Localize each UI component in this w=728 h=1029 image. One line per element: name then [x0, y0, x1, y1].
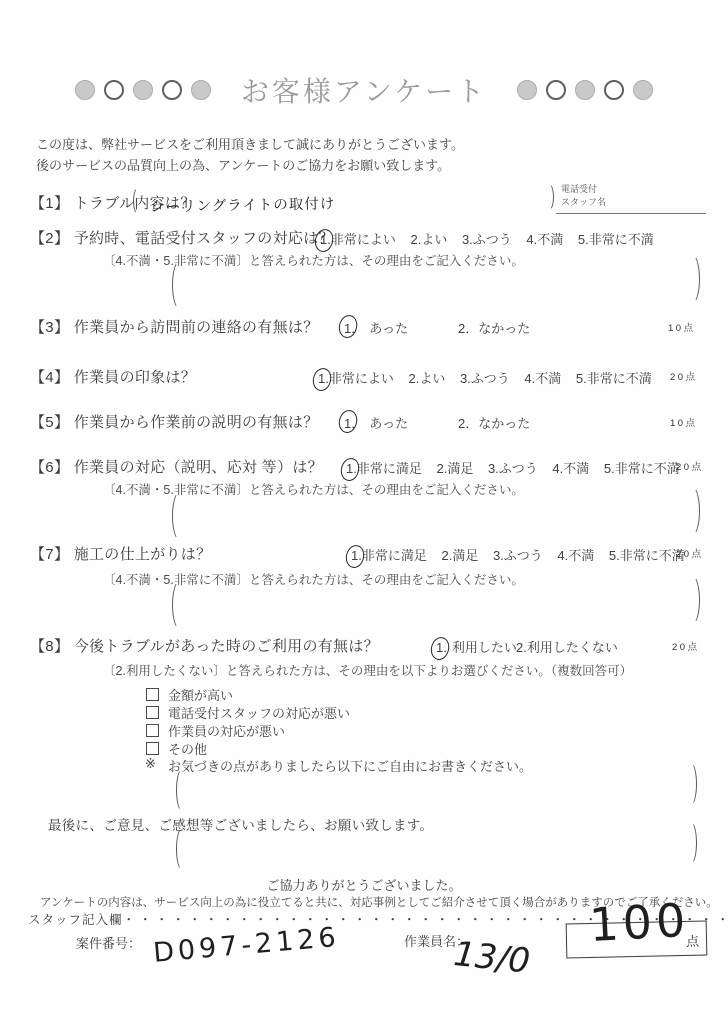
outline-dot-icon	[162, 80, 182, 100]
q3-points: 10点	[668, 320, 696, 334]
q4-option-2: 2.よい	[408, 371, 445, 386]
q6-option-3: 3.ふつう	[488, 461, 538, 476]
q8-option-1-num: 1.	[436, 640, 447, 655]
checkbox-icon	[146, 742, 159, 755]
q3-selected-circle-mark: 1．	[344, 318, 364, 337]
q2-options: 1.非常によい 2.よい 3.ふつう 4.不満 5.非常に不満	[320, 229, 654, 248]
case-number-label: 案件番号：	[76, 933, 141, 952]
page-title: お客様アンケート	[241, 70, 487, 110]
q5-selected-circle-mark: 1．	[344, 413, 364, 432]
q6-selected-circle-mark: 1.	[346, 461, 357, 476]
decorative-dots-left	[75, 80, 211, 100]
q8-free-response-open-bracket	[176, 768, 189, 812]
q8-label: 【8】 今後トラブルがあった時のご利用の有無は？	[30, 635, 379, 656]
q6-label: 【6】 作業員の対応（説明、応対 等）は？	[30, 456, 323, 477]
q5-points: 10点	[670, 415, 698, 429]
q4-option-5: 5.非常に不満	[576, 371, 652, 386]
q7-option-4: 4.不満	[557, 548, 594, 563]
q3-option-2: 2．なかった	[458, 318, 530, 337]
staff-name-write-line	[556, 213, 706, 214]
case-number-handwritten: D097-2126	[152, 922, 341, 969]
q3-option-1-label: あった	[369, 321, 408, 336]
q2-option-1-label: 非常によい	[331, 232, 396, 247]
intro-line-1: この度は、弊社サービスをご利用頂きまして誠にありがとうございます。	[36, 134, 464, 155]
filled-dot-icon	[133, 80, 153, 100]
q5-options: 1．あった	[344, 413, 408, 432]
q6-free-response-close-bracket	[684, 486, 700, 536]
q6-points: 20点	[676, 459, 704, 473]
q6-subnote: 〔4.不満・5.非常に不満〕と答えられた方は、その理由をご記入ください。	[103, 480, 524, 498]
q8-option-2: 2.利用したくない	[516, 637, 618, 656]
q8-options: 1.利用したい	[436, 637, 517, 656]
q4-option-4: 4.不満	[524, 371, 561, 386]
q5-option-2: 2．なかった	[458, 413, 530, 432]
thanks-text: ご協力ありがとうございました。	[0, 875, 728, 894]
q5-label: 【5】 作業員から作業前の説明の有無は？	[30, 411, 319, 432]
q3-options: 1．あった	[344, 318, 408, 337]
q7-subnote: 〔4.不満・5.非常に不満〕と答えられた方は、その理由をご記入ください。	[103, 570, 524, 588]
q2-option-5: 5.非常に不満	[578, 232, 654, 247]
staff-entry-label: スタッフ記入欄	[28, 913, 123, 927]
decorative-dots-right	[517, 80, 653, 100]
q4-label: 【4】 作業員の印象は？	[30, 366, 196, 387]
q2-free-response-open-bracket	[172, 260, 188, 310]
q6-option-2: 2.満足	[436, 461, 473, 476]
q8-subnote: 〔2.利用したくない〕と答えられた方は、その理由を以下よりお選びください。（複数…	[103, 661, 632, 679]
q2-option-4: 4.不満	[526, 232, 563, 247]
q6-options: 1.非常に満足 2.満足 3.ふつう 4.不満 5.非常に不満	[346, 458, 680, 477]
q4-option-1-label: 非常によい	[329, 371, 394, 386]
q4-options: 1.非常によい 2.よい 3.ふつう 4.不満 5.非常に不満	[318, 368, 652, 387]
q7-free-response-open-bracket	[172, 580, 188, 630]
q8-selected-circle-mark: 1.	[436, 640, 447, 655]
q4-selected-circle-mark: 1.	[318, 371, 329, 386]
score-value-handwritten: 100	[588, 893, 691, 952]
checkbox-icon	[146, 688, 159, 701]
checkbox-icon	[146, 706, 159, 719]
q1-handwritten-answer: シーリングライトの取付け	[150, 192, 336, 216]
q1-answer-open-bracket	[133, 187, 144, 215]
staff-name-label: スタッフ名	[561, 196, 606, 209]
outline-dot-icon	[546, 80, 566, 100]
q5-option-1-label: あった	[369, 416, 408, 431]
q7-option-5: 5.非常に不満	[609, 548, 685, 563]
q4-points: 20点	[670, 369, 698, 383]
q8-checkbox-label-2: 電話受付スタッフの対応が悪い	[168, 703, 350, 722]
q6-free-response-open-bracket	[172, 491, 188, 541]
q6-option-1-label: 非常に満足	[357, 461, 422, 476]
q8-note-mark: ※	[145, 756, 156, 772]
q2-selected-circle-mark: 1.	[320, 232, 331, 247]
q2-option-3: 3.ふつう	[462, 232, 512, 247]
filled-dot-icon	[75, 80, 95, 100]
q7-label: 【7】 施工の仕上がりは？	[30, 543, 211, 564]
q2-option-1-num: 1.	[320, 232, 331, 247]
q6-option-5: 5.非常に不満	[604, 461, 680, 476]
survey-scan-page: お客様アンケート この度は、弊社サービスをご利用頂きまして誠にありがとうございま…	[0, 0, 728, 1029]
q2-free-response-close-bracket	[684, 254, 700, 304]
q8-checkbox-label-1: 金額が高い	[168, 685, 233, 704]
q8-checkbox-label-3: 作業員の対応が悪い	[168, 721, 285, 740]
q7-option-1-label: 非常に満足	[362, 548, 427, 563]
filled-dot-icon	[191, 80, 211, 100]
q7-option-3: 3.ふつう	[493, 548, 543, 563]
q7-option-2: 2.満足	[441, 548, 478, 563]
q5-option-1-num: 1．	[344, 416, 364, 431]
q1-staff-close-bracket	[543, 183, 554, 211]
intro-line-2: 後のサービスの品質向上の為、アンケートのご協力をお願い致します。	[36, 155, 464, 176]
q7-points: 20点	[676, 546, 704, 560]
q7-selected-circle-mark: 1.	[351, 548, 362, 563]
phone-reception-label: 電話受付	[561, 183, 606, 196]
q4-option-1-num: 1.	[318, 371, 329, 386]
q8-option-1-label: 利用したい	[452, 640, 517, 655]
intro-text: この度は、弊社サービスをご利用頂きまして誠にありがとうございます。 後のサービス…	[36, 134, 464, 177]
q8-note: お気づきの点がありましたら以下にご自由にお書きください。	[168, 756, 532, 775]
q7-options: 1.非常に満足 2.満足 3.ふつう 4.不満 5.非常に不満	[351, 545, 685, 564]
checkbox-icon	[146, 724, 159, 737]
q6-option-1-num: 1.	[346, 461, 357, 476]
outline-dot-icon	[604, 80, 624, 100]
q2-label: 【2】 予約時、電話受付スタッフの対応は？	[30, 227, 334, 248]
q6-option-4: 4.不満	[552, 461, 589, 476]
final-free-response-open-bracket	[176, 827, 189, 871]
q8-points: 20点	[672, 639, 700, 653]
q4-option-3: 3.ふつう	[460, 371, 510, 386]
phone-staff-name-label: 電話受付 スタッフ名	[561, 183, 606, 208]
final-comment-prompt: 最後に、ご意見、ご感想等ございましたら、お願い致します。	[48, 814, 433, 834]
q2-option-2: 2.よい	[410, 232, 447, 247]
q2-subnote: 〔4.不満・5.非常に不満〕と答えられた方は、その理由をご記入ください。	[103, 251, 524, 269]
filled-dot-icon	[517, 80, 537, 100]
header: お客様アンケート	[0, 70, 728, 110]
filled-dot-icon	[633, 80, 653, 100]
filled-dot-icon	[575, 80, 595, 100]
worker-signature-handwritten: 13/0	[452, 934, 532, 982]
q7-free-response-close-bracket	[684, 575, 700, 625]
final-free-response-close-bracket	[684, 821, 697, 865]
q8-free-response-close-bracket	[684, 762, 697, 806]
q3-label: 【3】 作業員から訪問前の連絡の有無は？	[30, 316, 319, 337]
outline-dot-icon	[104, 80, 124, 100]
q3-option-1-num: 1．	[344, 321, 364, 336]
q7-option-1-num: 1.	[351, 548, 362, 563]
